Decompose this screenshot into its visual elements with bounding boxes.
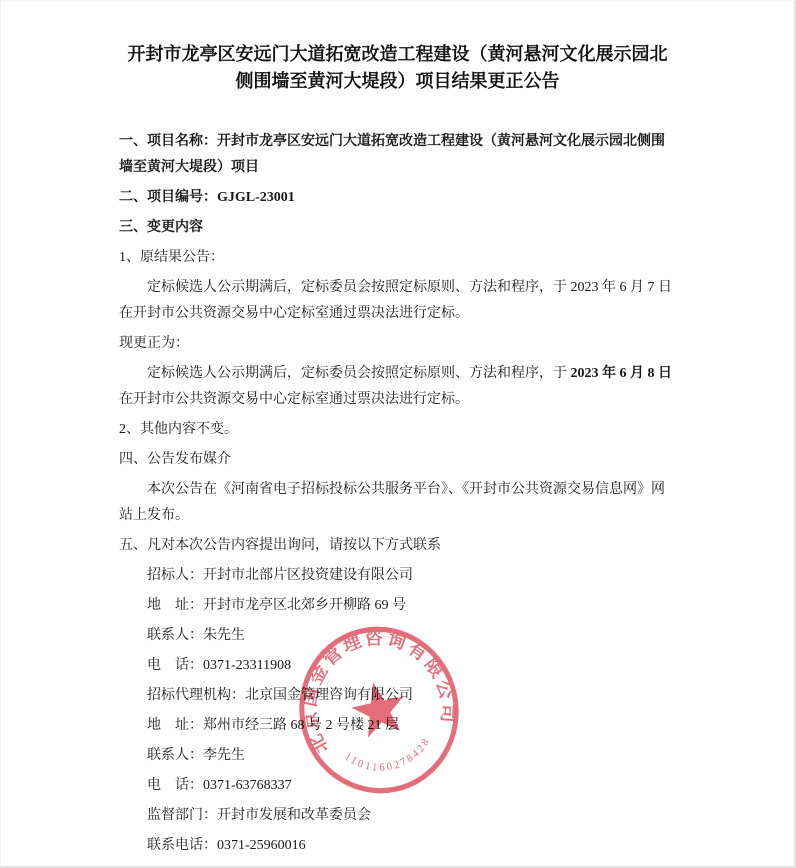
media-heading: 四、公告发布媒介 bbox=[119, 447, 676, 473]
contact-line-agency-person: 联系人：李先生 bbox=[147, 743, 676, 769]
original-result-paragraph: 定标候选人公示期满后，定标委员会按照定标原则、方法和程序，于 2023 年 6 … bbox=[119, 275, 676, 327]
document-page: 开封市龙亭区安远门大道拓宽改造工程建设（黄河悬河文化展示园北侧围墙至黄河大堤段）… bbox=[0, 0, 796, 868]
corrected-date: 2023 年 6 月 8 日 bbox=[571, 366, 673, 381]
media-paragraph: 本次公告在《河南省电子招标投标公共服务平台》、《开封市公共资源交易信息网》网站上… bbox=[119, 477, 676, 529]
original-result-heading: 1、原结果公告： bbox=[119, 245, 676, 271]
document-body: 一、项目名称：开封市龙亭区安远门大道拓宽改造工程建设（黄河悬河文化展示园北侧围墙… bbox=[119, 129, 676, 859]
page-title: 开封市龙亭区安远门大道拓宽改造工程建设（黄河悬河文化展示园北侧围墙至黄河大堤段）… bbox=[119, 41, 676, 95]
project-name-line: 一、项目名称：开封市龙亭区安远门大道拓宽改造工程建设（黄河悬河文化展示园北侧围墙… bbox=[119, 129, 676, 181]
contact-line-supervisor-phone: 联系电话：0371-25960016 bbox=[147, 833, 676, 859]
corrected-text-after: 在开封市公共资源交易中心定标室通过票决法进行定标。 bbox=[119, 392, 469, 407]
document-content: 开封市龙亭区安远门大道拓宽改造工程建设（黄河悬河文化展示园北侧围墙至黄河大堤段）… bbox=[1, 1, 794, 859]
contact-line-tenderer: 招标人：开封市北部片区投资建设有限公司 bbox=[147, 563, 676, 589]
correction-lead: 现更正为： bbox=[119, 331, 676, 357]
contact-line-phone: 电 话：0371-23311908 bbox=[147, 653, 676, 679]
contact-line-person: 联系人：朱先生 bbox=[147, 623, 676, 649]
contact-line-address: 地 址：开封市龙亭区北郊乡开柳路 69 号 bbox=[147, 593, 676, 619]
corrected-text-before: 定标候选人公示期满后，定标委员会按照定标原则、方法和程序，于 bbox=[147, 366, 571, 381]
project-number-line: 二、项目编号：GJGL-23001 bbox=[119, 185, 676, 211]
change-content-heading: 三、变更内容 bbox=[119, 215, 676, 241]
contact-line-agency-phone: 电 话：0371-63768337 bbox=[147, 773, 676, 799]
contact-line-agency-address: 地 址：郑州市经三路 68 号 2 号楼 21 层 bbox=[147, 713, 676, 739]
other-content-line: 2、其他内容不变。 bbox=[119, 417, 676, 443]
contact-heading: 五、凡对本次公告内容提出询问，请按以下方式联系 bbox=[119, 533, 676, 559]
corrected-paragraph: 定标候选人公示期满后，定标委员会按照定标原则、方法和程序，于 2023 年 6 … bbox=[119, 361, 676, 413]
contact-line-agency: 招标代理机构：北京国金管理咨询有限公司 bbox=[147, 683, 676, 709]
contact-line-supervisor: 监督部门：开封市发展和改革委员会 bbox=[147, 803, 676, 829]
